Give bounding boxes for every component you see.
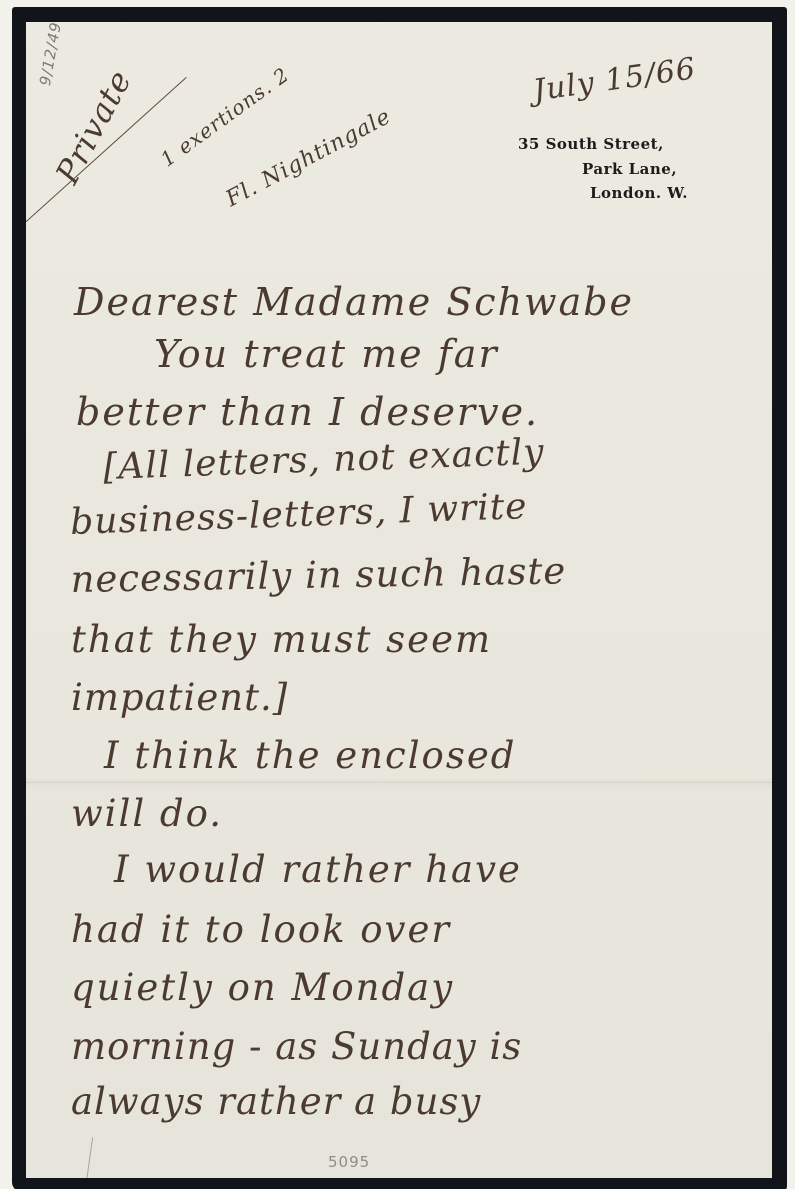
body-line: that they must seem [71, 618, 492, 661]
salutation: Dearest Madame Schwabe [74, 280, 634, 324]
fold-line [26, 782, 772, 783]
body-line: I would rather have [114, 848, 522, 891]
body-line: [All letters, not exactly [103, 432, 546, 488]
body-line: always rather a busy [71, 1080, 481, 1123]
body-line: I think the enclosed [104, 734, 516, 777]
private-mark: Private [48, 63, 139, 189]
body-line: necessarily in such haste [70, 549, 566, 601]
address-line-1: 35 South Street, [518, 135, 664, 153]
address-line-3: London. W. [590, 184, 688, 202]
body-line: impatient.] [71, 676, 288, 719]
body-line: had it to look over [71, 908, 451, 951]
body-line: You treat me far [154, 332, 499, 376]
body-line: quietly on Monday [71, 966, 454, 1009]
pencil-date-annotation: 9/12/49 [36, 22, 65, 87]
exertions-note: 1 exertions. 2 [156, 62, 294, 171]
address-line-2: Park Lane, [582, 160, 677, 178]
body-line: business-letters, I write [70, 486, 529, 543]
paper-tear [84, 1137, 93, 1178]
body-line: will do. [71, 792, 223, 835]
body-line: morning - as Sunday is [71, 1025, 522, 1068]
body-line: better than I deserve. [76, 390, 539, 434]
letter-paper: 9/12/49 Private 1 exertions. 2 Fl. Night… [26, 22, 772, 1178]
letter-sheet: 9/12/49 Private 1 exertions. 2 Fl. Night… [12, 7, 787, 1189]
archive-number: 5095 [328, 1153, 370, 1171]
letter-date: July 15/66 [531, 51, 698, 108]
signature-note-nightingale: Fl. Nightingale [222, 104, 395, 212]
